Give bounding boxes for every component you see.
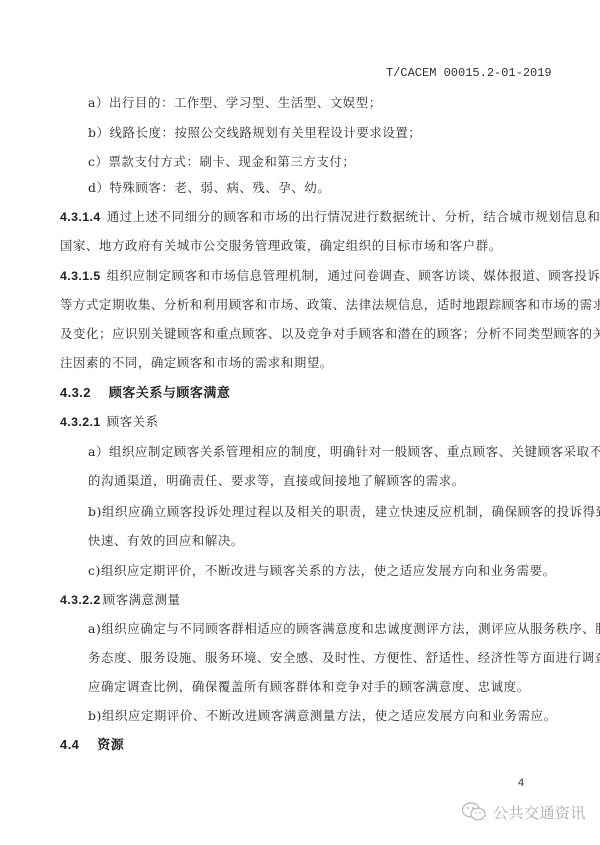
- clause-text-continued: 及变化；应识别关键顾客和重点顾客、以及竞争对手顾客和潜在的顾客；分析不同类型顾客…: [60, 326, 600, 342]
- clause-4-3-1-4: 4.3.1.4通过上述不同细分的顾客和市场的出行情况进行数据统计、分析，结合城市…: [60, 209, 600, 225]
- list-item-special-customers: d）特殊顾客：老、弱、病、残、孕、幼。: [88, 180, 330, 196]
- list-item-measurement-review: b)组织应定期评价、不断改进顾客满意测量方法，使之适应发展方向和业务需应。: [88, 708, 557, 724]
- list-item-complaint-handling: b)组织应确立顾客投诉处理过程以及相关的职责，建立快速反应机制，确保顾客的投诉得…: [88, 504, 600, 520]
- clause-number: 4.3.1.4: [60, 210, 101, 224]
- section-heading-4-4: 4.4资源: [60, 737, 124, 754]
- clause-text-continued: 国家、地方政府有关城市公交服务管理政策，确定组织的目标市场和客户群。: [60, 238, 502, 254]
- list-item-continued: 的沟通渠道，明确责任、要求等，直接或间接地了解顾客的需求。: [88, 473, 465, 489]
- list-item-relationship-system: a）组织应制定顾客关系管理相应的制度，明确针对一般顾客、重点顾客、关键顾客采取不…: [88, 444, 600, 460]
- document-code-header: T/CACEM 00015.2-01-2019: [386, 65, 552, 81]
- subsection-heading-4-3-2-2: 4.3.2.2顾客满意测量: [60, 592, 181, 608]
- list-item-periodic-review: c)组织应定期评价，不断改进与顾客关系的方法，使之适应发展方向和业务需要。: [88, 563, 556, 579]
- section-heading-4-3-2: 4.3.2顾客关系与顾客满意: [60, 385, 230, 402]
- list-item-continued: 快速、有效的回应和解决。: [88, 533, 244, 549]
- watermark: 公共交通资讯: [461, 801, 586, 823]
- list-item-continued: 务态度、服务设施、服务环境、安全感、及时性、方便性、舒适性、经济性等方面进行调查…: [88, 650, 600, 666]
- list-item-route-length: b）线路长度：按照公交线路规划有关里程设计要求设置；: [88, 125, 421, 141]
- clause-text: 组织应制定顾客和市场信息管理机制，通过问卷调查、顾客访谈、媒体报道、顾客投诉: [107, 268, 600, 283]
- clause-text-continued: 注因素的不同，确定顾客和市场的需求和期望。: [60, 355, 333, 371]
- list-item-payment: c）票款支付方式：刷卡、现金和第三方支付；: [88, 154, 355, 170]
- clause-4-3-1-5: 4.3.1.5组织应制定顾客和市场信息管理机制，通过问卷调查、顾客访谈、媒体报道…: [60, 268, 600, 284]
- section-number: 4.3.2: [60, 385, 91, 400]
- section-title: 顾客关系与顾客满意: [109, 386, 231, 401]
- clause-text-continued: 等方式定期收集、分析和利用顾客和市场、政策、法律法规信息，适时地跟踪顾客和市场的…: [60, 297, 600, 313]
- clause-number: 4.3.1.5: [60, 269, 101, 283]
- subsection-title: 顾客满意测量: [103, 592, 181, 607]
- subsection-number: 4.3.2.2: [60, 593, 101, 607]
- subsection-title: 顾客关系: [107, 414, 159, 429]
- clause-text: 通过上述不同细分的顾客和市场的出行情况进行数据统计、分析，结合城市规划信息和: [107, 209, 600, 224]
- list-item-satisfaction-method: a)组织应确定与不同顾客群相适应的顾客满意度和忠诚度测评方法，测评应从服务秩序、…: [88, 621, 600, 637]
- wechat-icon: [461, 801, 487, 823]
- subsection-number: 4.3.2.1: [60, 415, 101, 429]
- list-item-travel-purpose: a）出行目的：工作型、学习型、生活型、文娱型；: [88, 95, 382, 111]
- section-number: 4.4: [60, 737, 79, 752]
- watermark-text: 公共交通资讯: [493, 802, 586, 823]
- section-title: 资源: [97, 738, 124, 753]
- page-number: 4: [518, 775, 525, 791]
- list-item-continued: 应确定调查比例，确保覆盖所有顾客群体和竞争对手的顾客满意度、忠诚度。: [88, 679, 530, 695]
- subsection-heading-4-3-2-1: 4.3.2.1顾客关系: [60, 414, 159, 430]
